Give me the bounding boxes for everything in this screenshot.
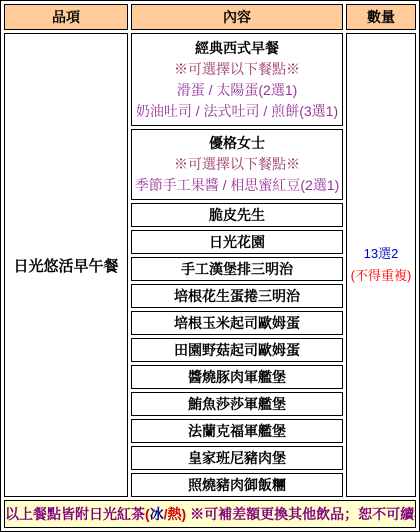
menu-item-option: 奶油吐司 / 法式吐司 / 煎餅(3選1): [132, 101, 342, 122]
menu-item-cell: 優格女士 ※可選擇以下餐點※ 季節手工果醬 / 相思蜜紅豆(2選1): [131, 129, 343, 200]
header-row: 品項 內容 數量: [4, 4, 416, 30]
menu-item-option: 季節手工果醬 / 相思蜜紅豆(2選1): [132, 175, 342, 196]
menu-item-name: 脆皮先生: [209, 207, 265, 223]
quantity-no-repeat-label: (不得重複): [347, 265, 415, 287]
menu-item-cell: 手工漢堡排三明治: [131, 257, 343, 281]
menu-item-name: 手工漢堡排三明治: [181, 261, 293, 277]
menu-item-note: ※可選擇以下餐點※: [132, 154, 342, 175]
menu-item-name: 經典西式早餐: [132, 38, 342, 59]
menu-item-option: 滑蛋 / 太陽蛋(2選1): [132, 80, 342, 101]
menu-item-name: 醬燒豚肉軍艦堡: [188, 369, 286, 385]
menu-item-cell: 培根花生蛋捲三明治: [131, 284, 343, 308]
menu-item-name: 法蘭克福軍艦堡: [188, 423, 286, 439]
header-cell-quantity: 數量: [346, 4, 416, 30]
menu-item-cell: 經典西式早餐 ※可選擇以下餐點※ 滑蛋 / 太陽蛋(2選1) 奶油吐司 / 法式…: [131, 33, 343, 126]
header-cell-item: 品項: [4, 4, 128, 30]
menu-item-cell: 鮪魚莎莎軍艦堡: [131, 392, 343, 416]
menu-item-cell: 日光花園: [131, 230, 343, 254]
menu-item-name: 培根花生蛋捲三明治: [174, 288, 300, 304]
header-cell-content: 內容: [131, 4, 343, 30]
menu-item-name: 日光花園: [209, 234, 265, 250]
menu-item-note: ※可選擇以下餐點※: [132, 59, 342, 80]
footer-note-main: 以上餐點皆附日光紅茶: [5, 506, 145, 522]
menu-item-cell: 醬燒豚肉軍艦堡: [131, 365, 343, 389]
menu-item-name: 田園野菇起司歐姆蛋: [174, 342, 300, 358]
menu-item-cell: 培根玉米起司歐姆蛋: [131, 311, 343, 335]
menu-table: 品項 內容 數量 日光悠活早午餐 經典西式早餐 ※可選擇以下餐點※ 滑蛋 / 太…: [0, 0, 420, 532]
menu-item-name: 優格女士: [132, 133, 342, 154]
menu-item-cell: 照燒豬肉御飯糰: [131, 473, 343, 497]
footer-ice-label: 冰: [150, 506, 164, 522]
footer-hot-label: /熱): [164, 506, 187, 522]
menu-item-name: 鮪魚莎莎軍艦堡: [188, 396, 286, 412]
quantity-choose-label: 13選2: [347, 243, 415, 265]
menu-item-name: 培根玉米起司歐姆蛋: [174, 315, 300, 331]
menu-item-name: 照燒豬肉御飯糰: [188, 477, 286, 493]
quantity-cell: 13選2 (不得重複): [346, 33, 416, 497]
footer-note-cell: 以上餐點皆附日光紅茶(冰/熱) ※可補差額更換其他飲品；恕不可續杯: [4, 500, 416, 528]
menu-item-cell: 皇家班尼豬肉堡: [131, 446, 343, 470]
menu-item-cell: 脆皮先生: [131, 203, 343, 227]
footer-row: 以上餐點皆附日光紅茶(冰/熱) ※可補差額更換其他飲品；恕不可續杯: [4, 500, 416, 528]
item-row: 日光悠活早午餐 經典西式早餐 ※可選擇以下餐點※ 滑蛋 / 太陽蛋(2選1) 奶…: [4, 33, 416, 126]
menu-item-cell: 田園野菇起司歐姆蛋: [131, 338, 343, 362]
menu-item-cell: 法蘭克福軍艦堡: [131, 419, 343, 443]
meal-set-name-cell: 日光悠活早午餐: [4, 33, 128, 497]
menu-item-name: 皇家班尼豬肉堡: [188, 450, 286, 466]
footer-note-rest: ※可補差額更換其他飲品；恕不可續杯: [186, 506, 416, 522]
